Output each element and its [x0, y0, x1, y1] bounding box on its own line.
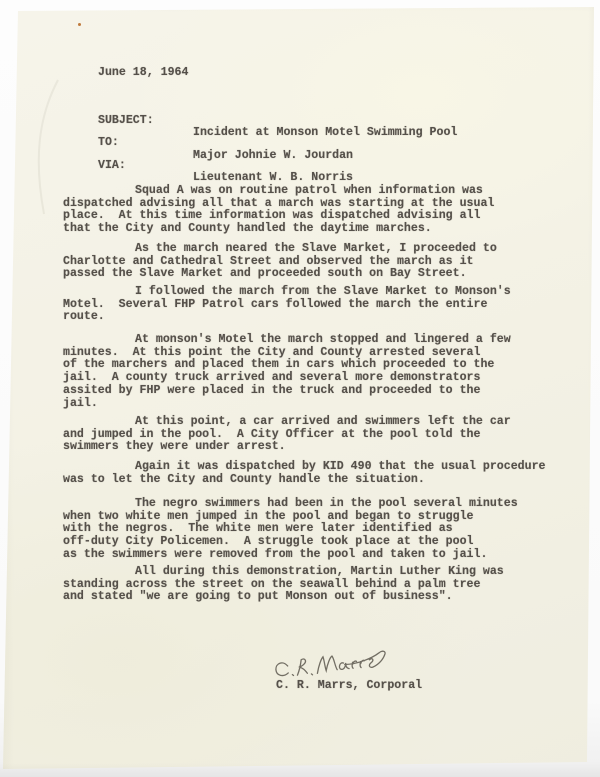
- paragraph-5: At this point, a car arrived and swimmer…: [63, 416, 511, 454]
- paragraph-8: All during this demonstration, Martin Lu…: [63, 566, 504, 604]
- scanned-memo-image: June 18, 1964 SUBJECT: Incident at Monso…: [0, 0, 600, 777]
- memo-date: June 18, 1964: [98, 67, 188, 80]
- paper-sheet: June 18, 1964 SUBJECT: Incident at Monso…: [0, 0, 600, 777]
- field-label-via: VIA:: [98, 160, 126, 173]
- paragraph-3: I followed the march from the Slave Mark…: [63, 286, 511, 324]
- paragraph-4: At monson's Motel the march stopped and …: [63, 334, 511, 410]
- paragraph-2: As the march neared the Slave Market, I …: [63, 243, 497, 281]
- paragraph-1: Squad A was on routine patrol when infor…: [63, 185, 494, 236]
- paragraph-6: Again it was dispatched by KID 490 that …: [63, 461, 546, 486]
- paragraph-7: The negro swimmers had been in the pool …: [63, 498, 518, 562]
- memo-body: June 18, 1964 SUBJECT: Incident at Monso…: [0, 0, 600, 777]
- typed-signature: C. R. Marrs, Corporal: [276, 680, 422, 693]
